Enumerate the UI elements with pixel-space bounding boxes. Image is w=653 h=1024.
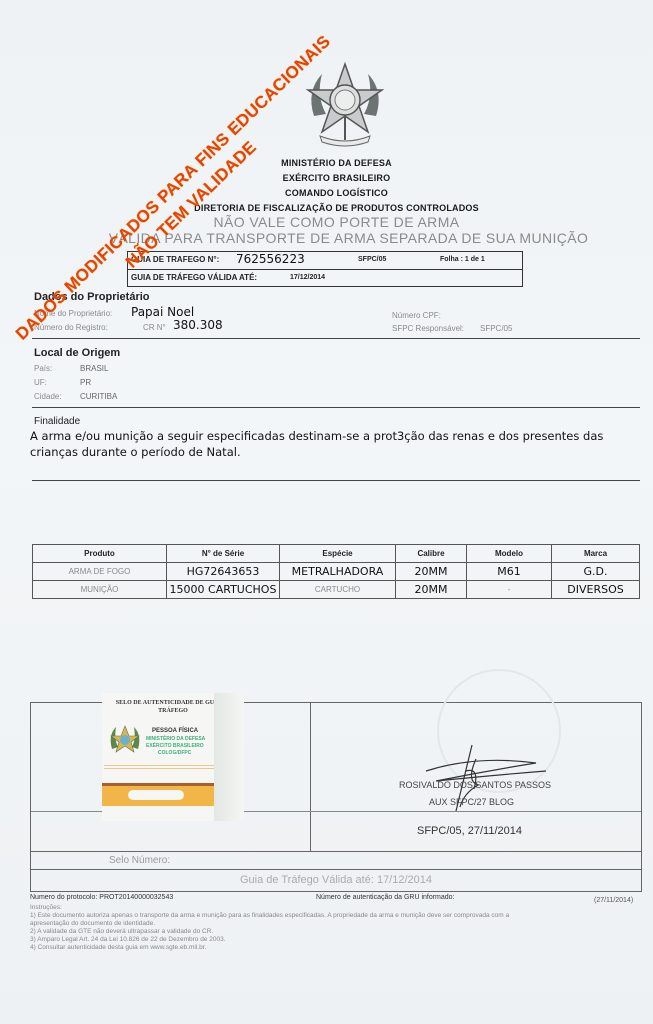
sfpc-responsavel-value: SFPC/05 <box>480 324 512 333</box>
guia-info-box: GUIA DE TRAFEGO N°: 762556223 SFPC/05 Fo… <box>127 251 523 287</box>
cell-especie: METRALHADORA <box>280 563 396 581</box>
protocolo-row: Numero do protocolo: PROT20140000032543 <box>30 894 173 901</box>
brazil-coat-of-arms-icon <box>300 56 390 152</box>
registro-value: 380.308 <box>173 318 223 332</box>
notice-nao-vale-porte: NÃO VALE COMO PORTE DE ARMA <box>10 214 653 230</box>
guia-numero-row: GUIA DE TRAFEGO N°: 762556223 SFPC/05 Fo… <box>128 252 522 270</box>
selo-autenticidade-sticker: SELO DE AUTENTICIDADE DE GUIA DE TRÁFEGO… <box>102 693 244 821</box>
coat-of-arms-hologram-icon <box>108 723 142 759</box>
instrucao-1b: apresentação do documento de identidade. <box>30 920 155 928</box>
origem-title: Local de Origem <box>34 347 120 359</box>
nome-value: Papai Noel <box>131 305 194 319</box>
table-row: MUNIÇÃO 15000 CARTUCHOS CARTUCHO 20MM - … <box>33 581 640 599</box>
pais-value: BRASIL <box>80 364 108 373</box>
guia-numero-value: 762556223 <box>236 252 305 266</box>
selo-org3: COLOG/DFPC <box>158 750 191 756</box>
table-row: ARMA DE FOGO HG72643653 METRALHADORA 20M… <box>33 563 640 581</box>
cell-marca: DIVERSOS <box>552 581 640 599</box>
selo-tipo: PESSOA FÍSICA <box>152 728 198 734</box>
guia-validade-row: GUIA DE TRÁFEGO VÁLIDA ATÉ: 17/12/2014 <box>128 269 522 286</box>
cell-serie: HG72643653 <box>167 563 280 581</box>
uf-label: UF: <box>34 378 47 387</box>
cell-marca: G.D. <box>552 563 640 581</box>
guia-validade-value: 17/12/2014 <box>290 274 325 281</box>
coat-of-arms-emblem <box>300 56 390 152</box>
cidade-label: Cidade: <box>34 392 62 401</box>
gru-label: Número de autenticação da GRU informado: <box>316 894 455 901</box>
guia-folha: Folha : 1 de 1 <box>440 256 485 263</box>
finalidade-title: Finalidade <box>34 416 80 427</box>
cell-produto: ARMA DE FOGO <box>33 563 167 581</box>
header-comando: COMANDO LOGÍSTICO <box>10 188 653 198</box>
selo-org1: MINISTÉRIO DA DEFESA <box>146 736 205 742</box>
header-ministerio: MINISTÉRIO DA DEFESA <box>10 158 653 168</box>
protocolo-value: PROT20140000032543 <box>99 894 173 901</box>
protocolo-label: Numero do protocolo: <box>30 894 97 901</box>
frame-divider <box>31 869 641 870</box>
cell-modelo: - <box>467 581 552 599</box>
cell-especie: CARTUCHO <box>280 581 396 599</box>
sfpc-responsavel-label: SFPC Responsável: <box>392 324 464 333</box>
frame-vertical-divider <box>310 703 311 851</box>
instrucao-4: 4) Consultar autenticidade desta guia em… <box>30 944 206 952</box>
selo-numero-label: Selo Número: <box>109 855 170 866</box>
col-modelo: Modelo <box>467 545 552 563</box>
divider <box>32 407 640 408</box>
header-exercito: EXÉRCITO BRASILEIRO <box>10 173 653 183</box>
selo-org2: EXÉRCITO BRASILEIRO <box>146 743 204 749</box>
selo-validade: Guia de Tráfego Válida até: 17/12/2014 <box>31 874 641 886</box>
col-marca: Marca <box>552 545 640 563</box>
cell-calibre: 20MM <box>396 581 467 599</box>
instrucao-1: 1) Este documento autoriza apenas o tran… <box>30 912 640 920</box>
cpf-label: Número CPF: <box>392 311 441 320</box>
divider <box>32 338 640 339</box>
selo-cutout <box>128 790 184 800</box>
guia-sfpc: SFPC/05 <box>358 256 386 263</box>
cell-serie: 15000 CARTUCHOS <box>167 581 280 599</box>
col-produto: Produto <box>33 545 167 563</box>
cell-produto: MUNIÇÃO <box>33 581 167 599</box>
uf-value: PR <box>80 378 91 387</box>
cidade-value: CURITIBA <box>80 392 117 401</box>
assinatura-nome: ROSIVALDO DOS SANTOS PASSOS <box>399 780 551 790</box>
gru-data: (27/11/2014) <box>594 897 633 904</box>
divider <box>32 480 640 481</box>
col-especie: Espécie <box>280 545 396 563</box>
instrucoes-title: Instruções: <box>30 904 62 912</box>
guia-validade-label: GUIA DE TRÁFEGO VÁLIDA ATÉ: <box>131 273 257 282</box>
assinatura-local-data: SFPC/05, 27/11/2014 <box>417 825 522 837</box>
produtos-table: Produto N° de Série Espécie Calibre Mode… <box>32 544 640 599</box>
finalidade-text: A arma e/ou munição a seguir especificad… <box>30 428 622 460</box>
cell-modelo: M61 <box>467 563 552 581</box>
col-serie: N° de Série <box>167 545 280 563</box>
assinatura-cargo: AUX SFPC/27 BLOG <box>429 797 514 807</box>
instrucao-3: 3) Amparo Legal Art. 24 da Lei 10.826 de… <box>30 936 226 944</box>
frame-divider <box>31 851 641 852</box>
instrucao-2: 2) A validade da GTE não deverá ultrapas… <box>30 928 213 936</box>
selo-hologram-strip <box>214 693 244 821</box>
header-diretoria: DIRETORIA DE FISCALIZAÇÃO DE PRODUTOS CO… <box>10 203 653 213</box>
cell-calibre: 20MM <box>396 563 467 581</box>
table-header-row: Produto N° de Série Espécie Calibre Mode… <box>33 545 640 563</box>
registro-prefix: CR N° <box>143 323 166 332</box>
pais-label: País: <box>34 364 52 373</box>
col-calibre: Calibre <box>396 545 467 563</box>
